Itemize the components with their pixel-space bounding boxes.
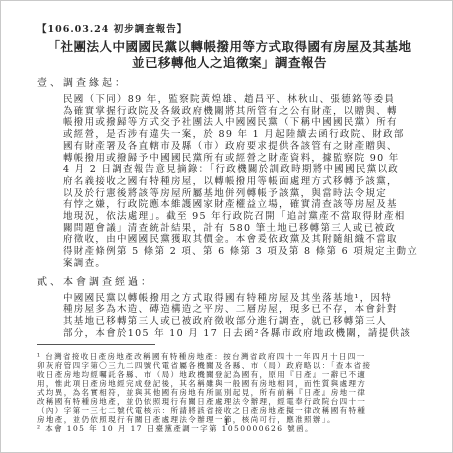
section-1-text-line: 府徵收，由中國國民黨獲取其價金。本會爰依政黨及其附隨組織不當取 [63, 234, 422, 246]
document-title-line-2: 並已移轉他人之追徵案」調查報告 [37, 55, 422, 71]
document-page: 【106.03.24 初步調查報告】 「社團法人中國國民黨以轉帳撥用等方式取得國… [0, 0, 453, 453]
page-content: 【106.03.24 初步調查報告】 「社團法人中國國民黨以轉帳撥用等方式取得國… [1, 1, 452, 434]
report-date-tag: 【106.03.24 初步調查報告】 [37, 21, 422, 35]
page-number: 1 [1, 418, 452, 428]
document-title: 「社團法人中國國民黨以轉帳撥用等方式取得國有房屋及其基地 並已移轉他人之追徵案」… [37, 39, 422, 71]
section-1-text-line: 轉帳撥用或撥歸予中國國民黨所有或經營之財產資料，據監察院 90 年 [63, 153, 422, 165]
section-2-paragraph: 中國國民黨以轉帳撥用之方式取得國有特種房屋及其坐落基地¹，因特種房屋多為木造、磚… [63, 293, 422, 340]
section-1-text-line: 國有財產署及各直轄市及縣（市）政府要求提供各該管有之財產贈與、 [63, 141, 422, 153]
section-1-text-line: 有悖之嫌，行政院應本維護國家財產權益立場，確實清查該等房屋及基 [63, 199, 422, 211]
footnote-separator [37, 344, 155, 345]
section-1-text-line: 或經營，是否涉有違失一案，於 89 年 1 月起陸續去函行政院、財政部 [63, 129, 422, 141]
section-2-text-line: 中國國民黨以轉帳撥用之方式取得國有特種房屋及其坐落基地¹，因特 [63, 293, 422, 305]
section-1-text-line: 地現況，依法處理」。截至 95 年行政院召開「追討黨產不當取得財產相 [63, 211, 422, 223]
section-2-text-line: 其基地已移轉第三人或已被政府徵收部分進行調查，就已移轉第三人 [63, 316, 422, 328]
section-1-text-line: 民國（下同）89 年，監察院黃煌雄、趙昌平、林秋山、張德銘等委員 [63, 94, 422, 106]
section-2-heading: 貳、本會調查經過： [37, 277, 422, 289]
section-1-text-line: 4 月 2 日調查報告意見摘錄：「行政機關於訓政時期將中國國民黨以政 [63, 164, 422, 176]
section-1-text-line: 府名義接收之國有特種房屋，以轉帳撥用等帳面處理方式移轉予該黨， [63, 176, 422, 188]
section-2-text-line: 部分，本會於105 年 10 月 17 日去函²各縣市政府地政機關，請提供該 [63, 328, 422, 340]
section-1-paragraph: 民國（下同）89 年，監察院黃煌雄、趙昌平、林秋山、張德銘等委員為確實掌握行政院… [63, 94, 422, 270]
document-title-line-1: 「社團法人中國國民黨以轉帳撥用等方式取得國有房屋及其基地 [37, 39, 422, 55]
section-1-text-line: 以及於行憲後將該等房屋所屬基地併列轉帳予該黨，與當時法令規定 [63, 188, 422, 200]
section-1-heading: 壹、調查緣起： [37, 78, 422, 90]
footnote-1: ¹ 台灣省接收日產房地產改稱國有特種房地產：按台灣省政府四十一年四月十日四一卯灰… [37, 353, 422, 424]
section-1-text-line: 關問題會議」清查統計結果，計有 580 筆土地已移轉第三人或已被政 [63, 223, 422, 235]
section-1-text-line: 案調查。 [63, 258, 422, 270]
section-1-text-line: 為確實掌握行政院及各級政府機關將其所管有之公有財產，以贈與、轉 [63, 106, 422, 118]
section-2-text-line: 種房屋多為木造、磚造構造之平房、二層房屋，現多已不存，本會針對 [63, 304, 422, 316]
section-1-text-line: 帳撥用或撥歸等方式交予社團法人中國國民黨（下稱中國國民黨）所有 [63, 117, 422, 129]
section-1-text-line: 得財產條例第 5 條第 2 項、第 6 條第 3 項及第 8 條第 6 項規定主… [63, 246, 422, 258]
